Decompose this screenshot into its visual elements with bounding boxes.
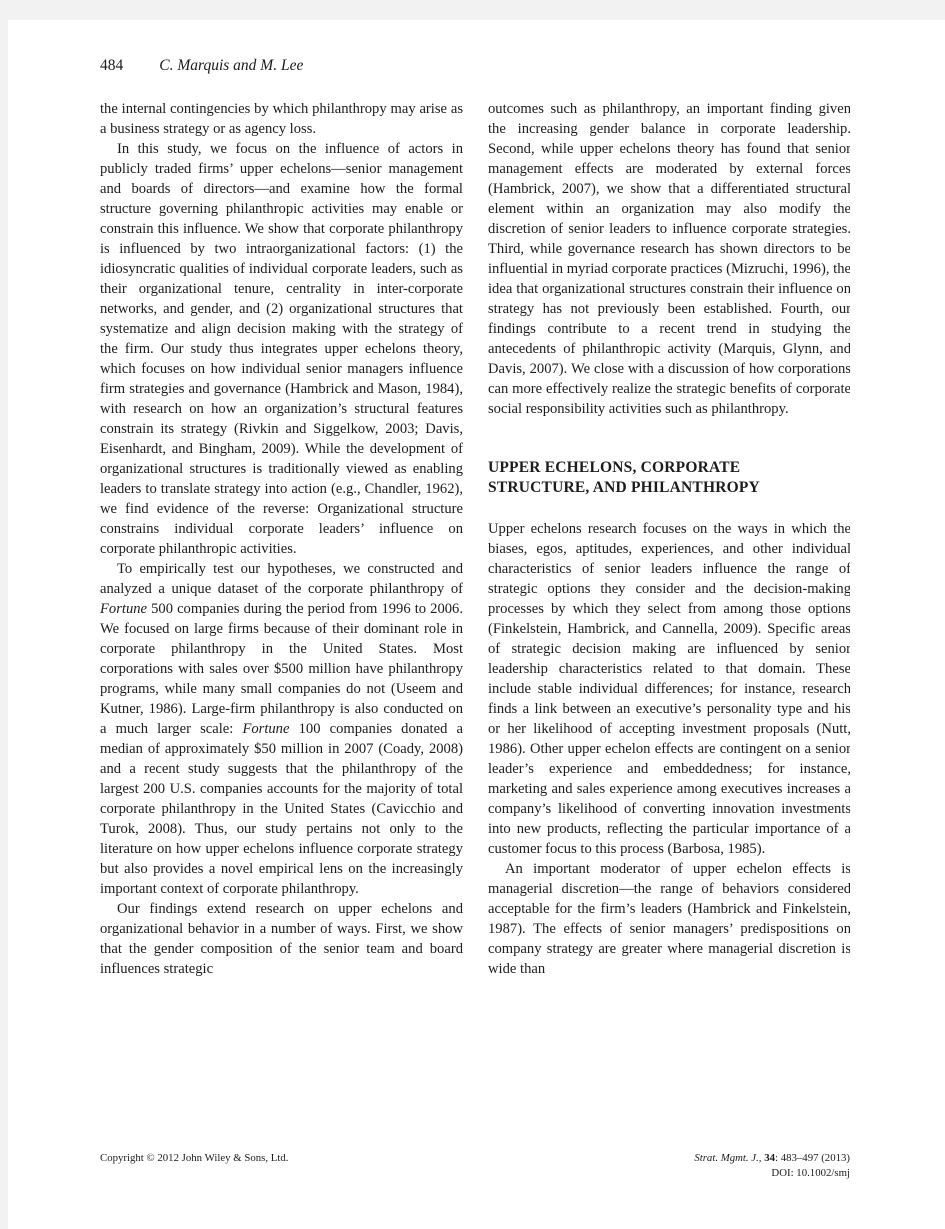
paragraph: To empirically test our hypotheses, we c…: [100, 559, 463, 899]
journal-citation: Strat. Mgmt. J., 34: 483–497 (2013): [694, 1151, 850, 1166]
journal-page: 484 C. Marquis and M. Lee the internal c…: [8, 20, 945, 1229]
copyright-notice: Copyright © 2012 John Wiley & Sons, Ltd.: [100, 1151, 288, 1166]
italic-text: Fortune: [100, 601, 147, 617]
paragraph: the internal contingencies by which phil…: [100, 99, 463, 139]
page-content: 484 C. Marquis and M. Lee the internal c…: [100, 56, 850, 1143]
journal-volume: 34: [764, 1152, 775, 1164]
journal-pages: : 483–497 (2013): [775, 1152, 850, 1164]
paragraph: Our findings extend research on upper ec…: [100, 899, 463, 979]
page-number: 484: [100, 56, 123, 76]
left-column: the internal contingencies by which phil…: [100, 99, 463, 1143]
two-column-body: the internal contingencies by which phil…: [100, 99, 850, 1143]
journal-citation-block: Strat. Mgmt. J., 34: 483–497 (2013) DOI:…: [694, 1151, 850, 1181]
running-head: C. Marquis and M. Lee: [159, 56, 303, 76]
italic-text: Fortune: [242, 721, 289, 737]
right-column: outcomes such as philanthropy, an import…: [488, 99, 850, 1143]
paragraph: outcomes such as philanthropy, an import…: [488, 99, 850, 419]
paragraph: An important moderator of upper echelon …: [488, 859, 850, 979]
paragraph: Upper echelons research focuses on the w…: [488, 519, 850, 859]
section-heading: UPPER ECHELONS, CORPORATE STRUCTURE, AND…: [488, 458, 850, 498]
page-footer: Copyright © 2012 John Wiley & Sons, Ltd.…: [100, 1151, 850, 1181]
paragraph: In this study, we focus on the influence…: [100, 139, 463, 559]
page-header: 484 C. Marquis and M. Lee: [100, 56, 850, 76]
journal-title: Strat. Mgmt. J.,: [694, 1152, 761, 1164]
doi: DOI: 10.1002/smj: [694, 1166, 850, 1181]
